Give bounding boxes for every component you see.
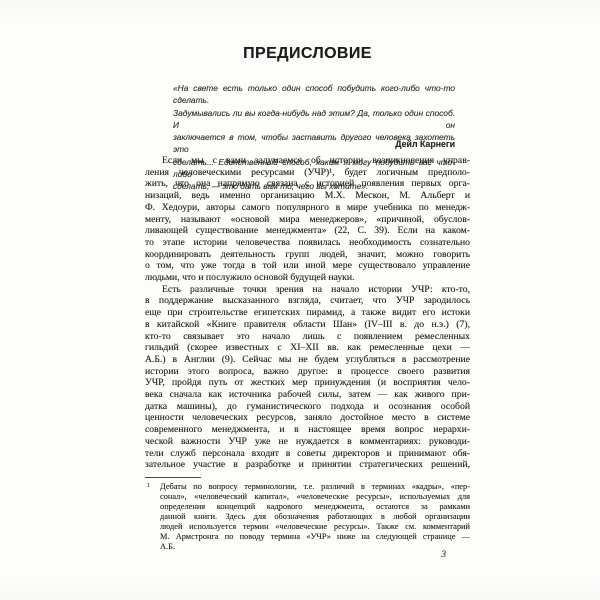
page-title: ПРЕДИСЛОВИЕ [145, 45, 470, 63]
epigraph-attribution: Дейл Карнеги [173, 139, 455, 149]
footnote: 1 Дебаты по вопросу терминологии, т.е. р… [145, 482, 470, 552]
footnote-separator [145, 477, 201, 478]
paragraph-1: Если мы с вами задумаемся об истории воз… [145, 155, 470, 284]
book-page: ПРЕДИСЛОВИЕ «На свете есть только один с… [0, 0, 600, 600]
page-content: ПРЕДИСЛОВИЕ «На свете есть только один с… [145, 0, 470, 600]
paragraph-2: Есть различные точки зрения на начало ис… [145, 284, 470, 471]
footnote-text: Дебаты по вопросу терминологии, т.е. раз… [160, 482, 470, 552]
page-number: 3 [145, 550, 470, 560]
body-text: Если мы с вами задумаемся об истории воз… [145, 155, 470, 471]
footnote-marker: 1 [147, 481, 150, 491]
